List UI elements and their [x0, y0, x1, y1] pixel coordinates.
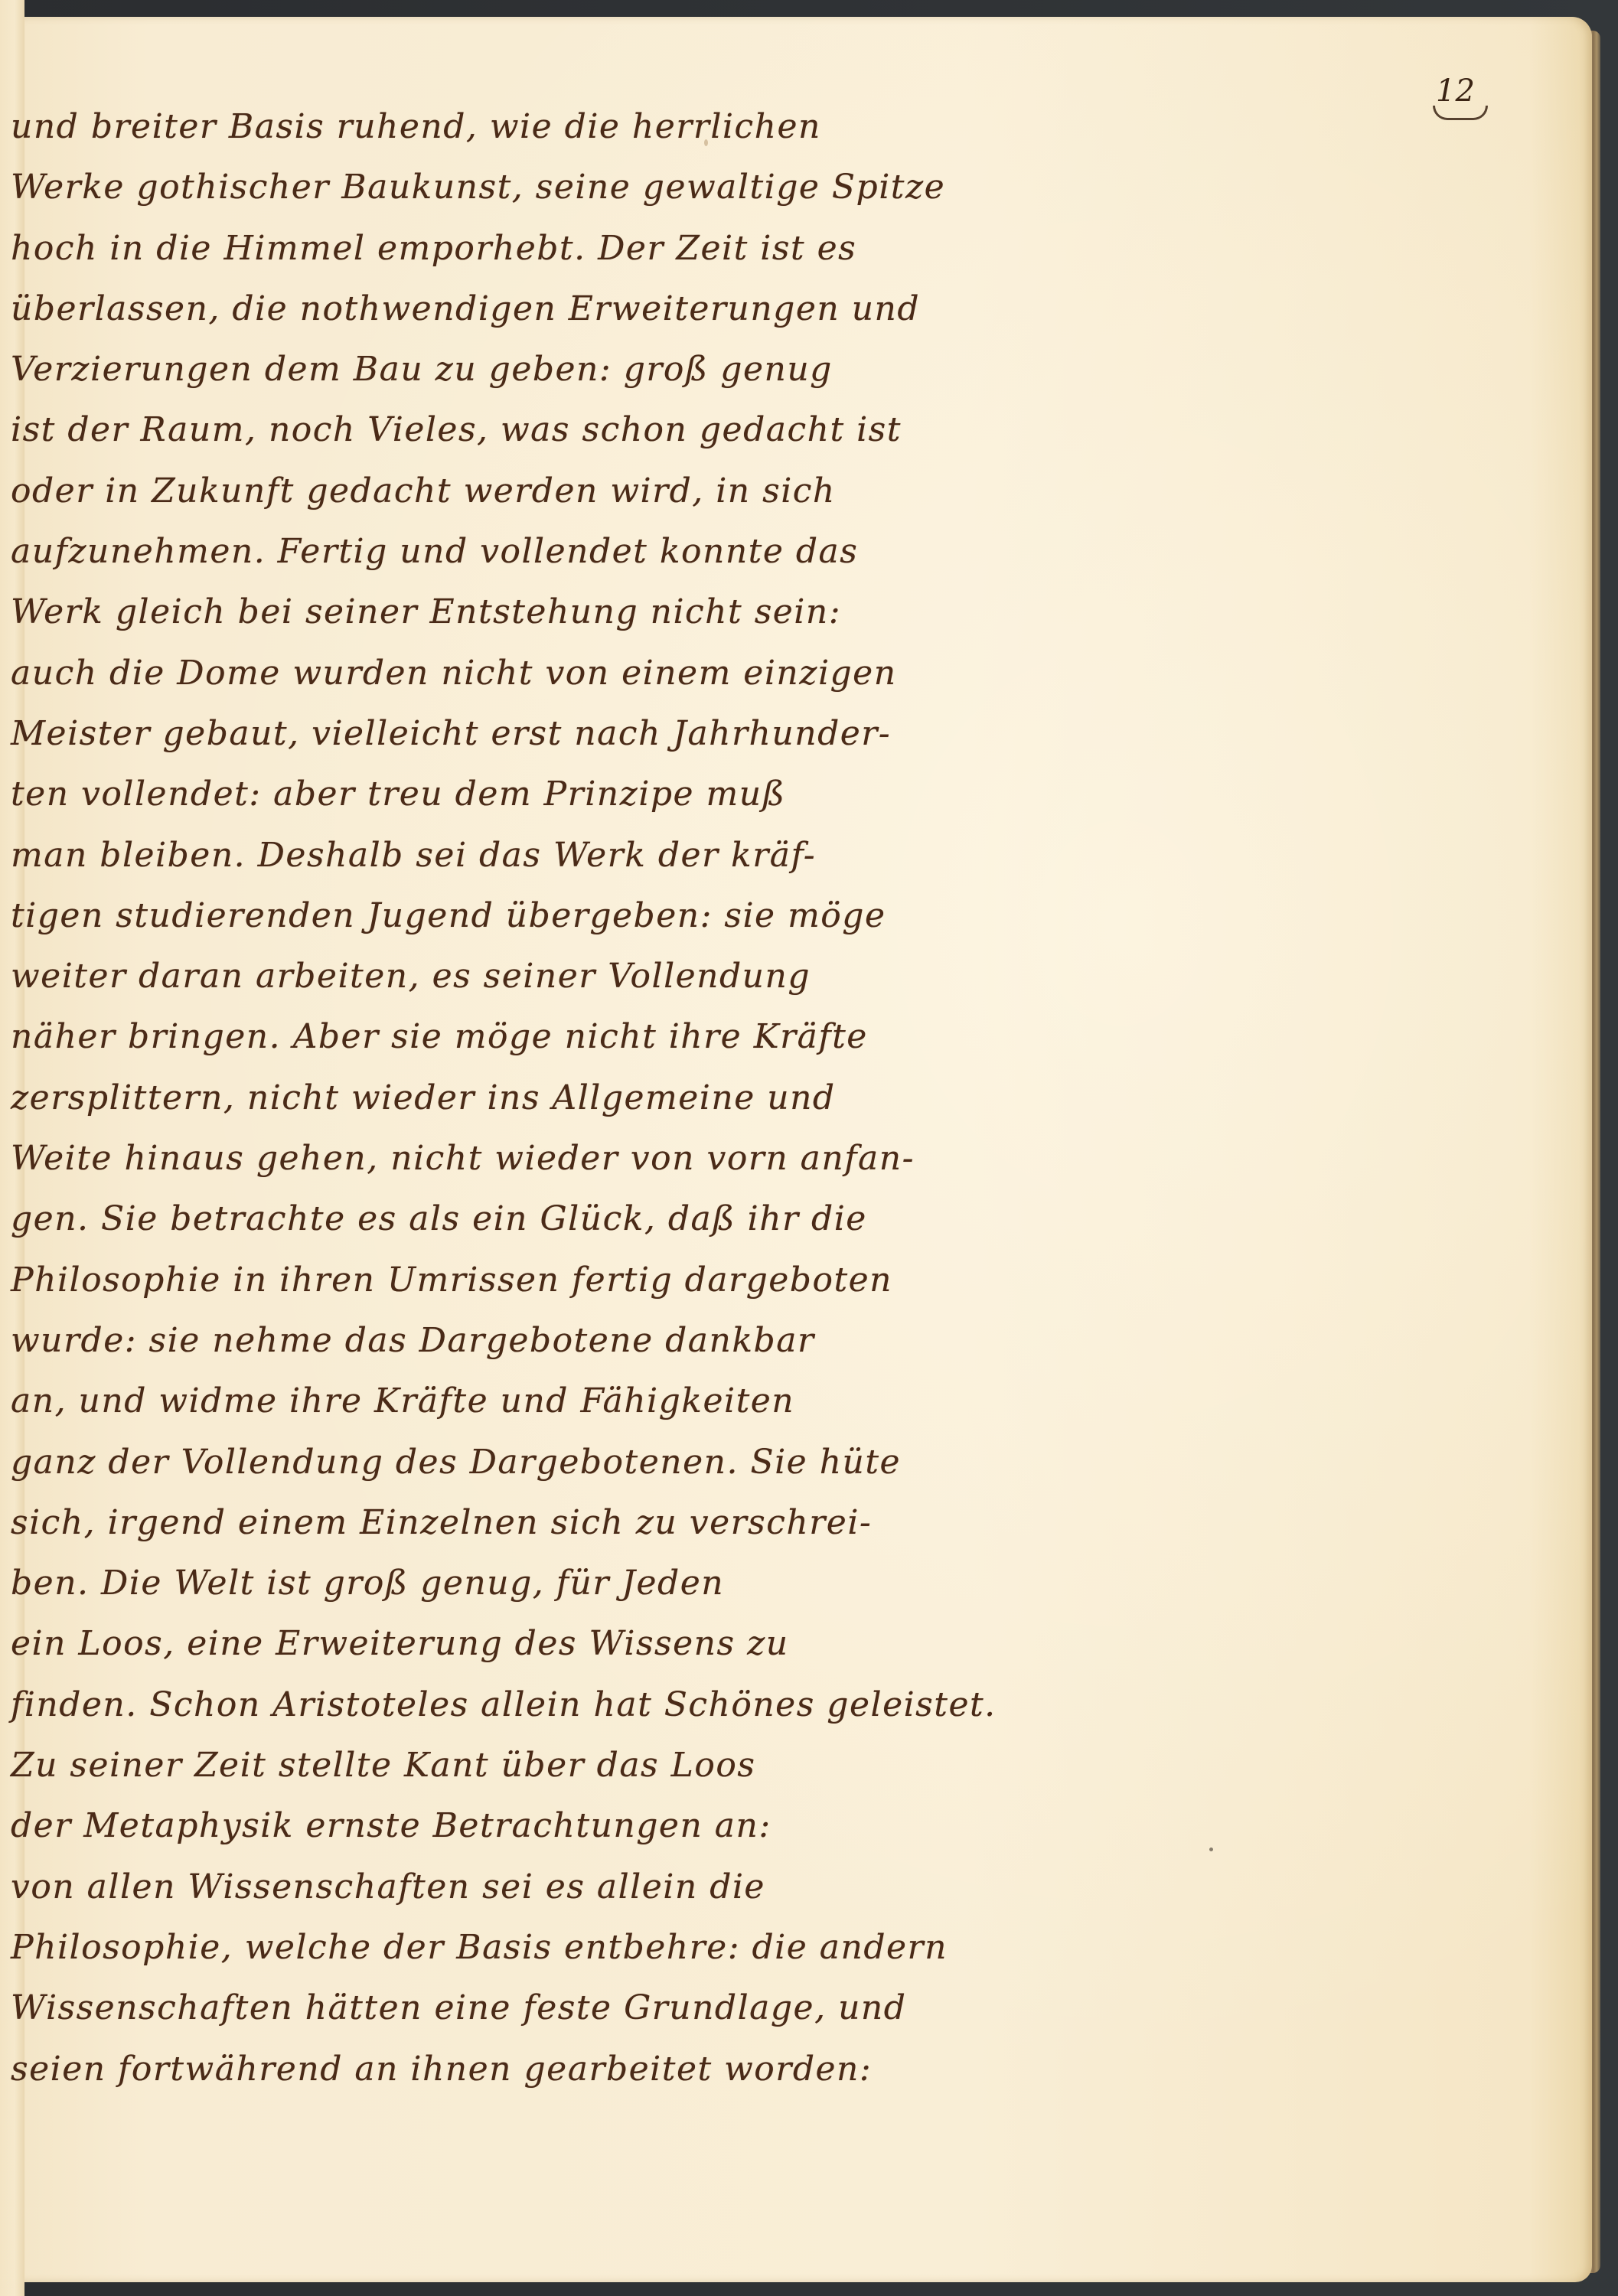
text-line: sich, irgend einem Einzelnen sich zu ver… — [11, 1492, 837, 1553]
text-line: zersplittern, nicht wieder ins Allgemein… — [11, 1068, 837, 1128]
text-line: oder in Zukunft gedacht werden wird, in … — [11, 461, 837, 521]
text-line: weiter daran arbeiten, es seiner Vollend… — [11, 946, 837, 1006]
folio-number: 12 — [1436, 73, 1475, 109]
text-line: ben. Die Welt ist groß genug, für Jeden — [11, 1553, 837, 1613]
text-line: man bleiben. Deshalb sei das Werk der kr… — [11, 825, 837, 885]
text-line: von allen Wissenschaften sei es allein d… — [11, 1857, 837, 1917]
text-line: finden. Schon Aristoteles allein hat Sch… — [11, 1675, 837, 1735]
text-line: ein Loos, eine Erweiterung des Wissens z… — [11, 1613, 837, 1674]
text-line: Zu seiner Zeit stellte Kant über das Loo… — [11, 1735, 837, 1795]
text-line: Werke gothischer Baukunst, seine gewalti… — [11, 157, 837, 217]
text-line: tigen studierenden Jugend übergeben: sie… — [11, 885, 837, 946]
text-line: an, und widme ihre Kräfte und Fähigkeite… — [11, 1371, 837, 1431]
text-line: ist der Raum, noch Vieles, was schon ged… — [11, 400, 837, 460]
text-line: hoch in die Himmel emporhebt. Der Zeit i… — [11, 218, 837, 279]
text-line: auch die Dome wurden nicht von einem ein… — [11, 643, 837, 703]
text-line: und breiter Basis ruhend, wie die herrli… — [11, 96, 837, 157]
text-line: wurde: sie nehme das Dargebotene dankbar — [11, 1310, 837, 1371]
handwritten-text-block: und breiter Basis ruhend, wie die herrli… — [11, 96, 837, 2099]
text-line: ten vollendet: aber treu dem Prinzipe mu… — [11, 764, 837, 824]
paper-foxing-spot — [1209, 1848, 1213, 1851]
text-line: überlassen, die nothwendigen Erweiterung… — [11, 279, 837, 339]
text-line: Philosophie, welche der Basis entbehre: … — [11, 1917, 837, 1978]
text-line: aufzunehmen. Fertig und vollendet konnte… — [11, 521, 837, 582]
text-line: der Metaphysik ernste Betrachtungen an: — [11, 1795, 837, 1856]
text-line: Philosophie in ihren Umrissen fertig dar… — [11, 1250, 837, 1310]
text-line: ganz der Vollendung des Dargebotenen. Si… — [11, 1432, 837, 1492]
text-line: Werk gleich bei seiner Entstehung nicht … — [11, 582, 837, 642]
text-line: Wissenschaften hätten eine feste Grundla… — [11, 1978, 837, 2038]
text-line: Meister gebaut, vielleicht erst nach Jah… — [11, 703, 837, 764]
text-line: seien fortwährend an ihnen gearbeitet wo… — [11, 2039, 837, 2099]
text-line: Verzierungen dem Bau zu geben: groß genu… — [11, 339, 837, 400]
text-line: Weite hinaus gehen, nicht wieder von vor… — [11, 1128, 837, 1189]
text-line: näher bringen. Aber sie möge nicht ihre … — [11, 1006, 837, 1067]
folio-underline-mark — [1433, 106, 1488, 120]
text-line: gen. Sie betrachte es als ein Glück, daß… — [11, 1189, 837, 1249]
